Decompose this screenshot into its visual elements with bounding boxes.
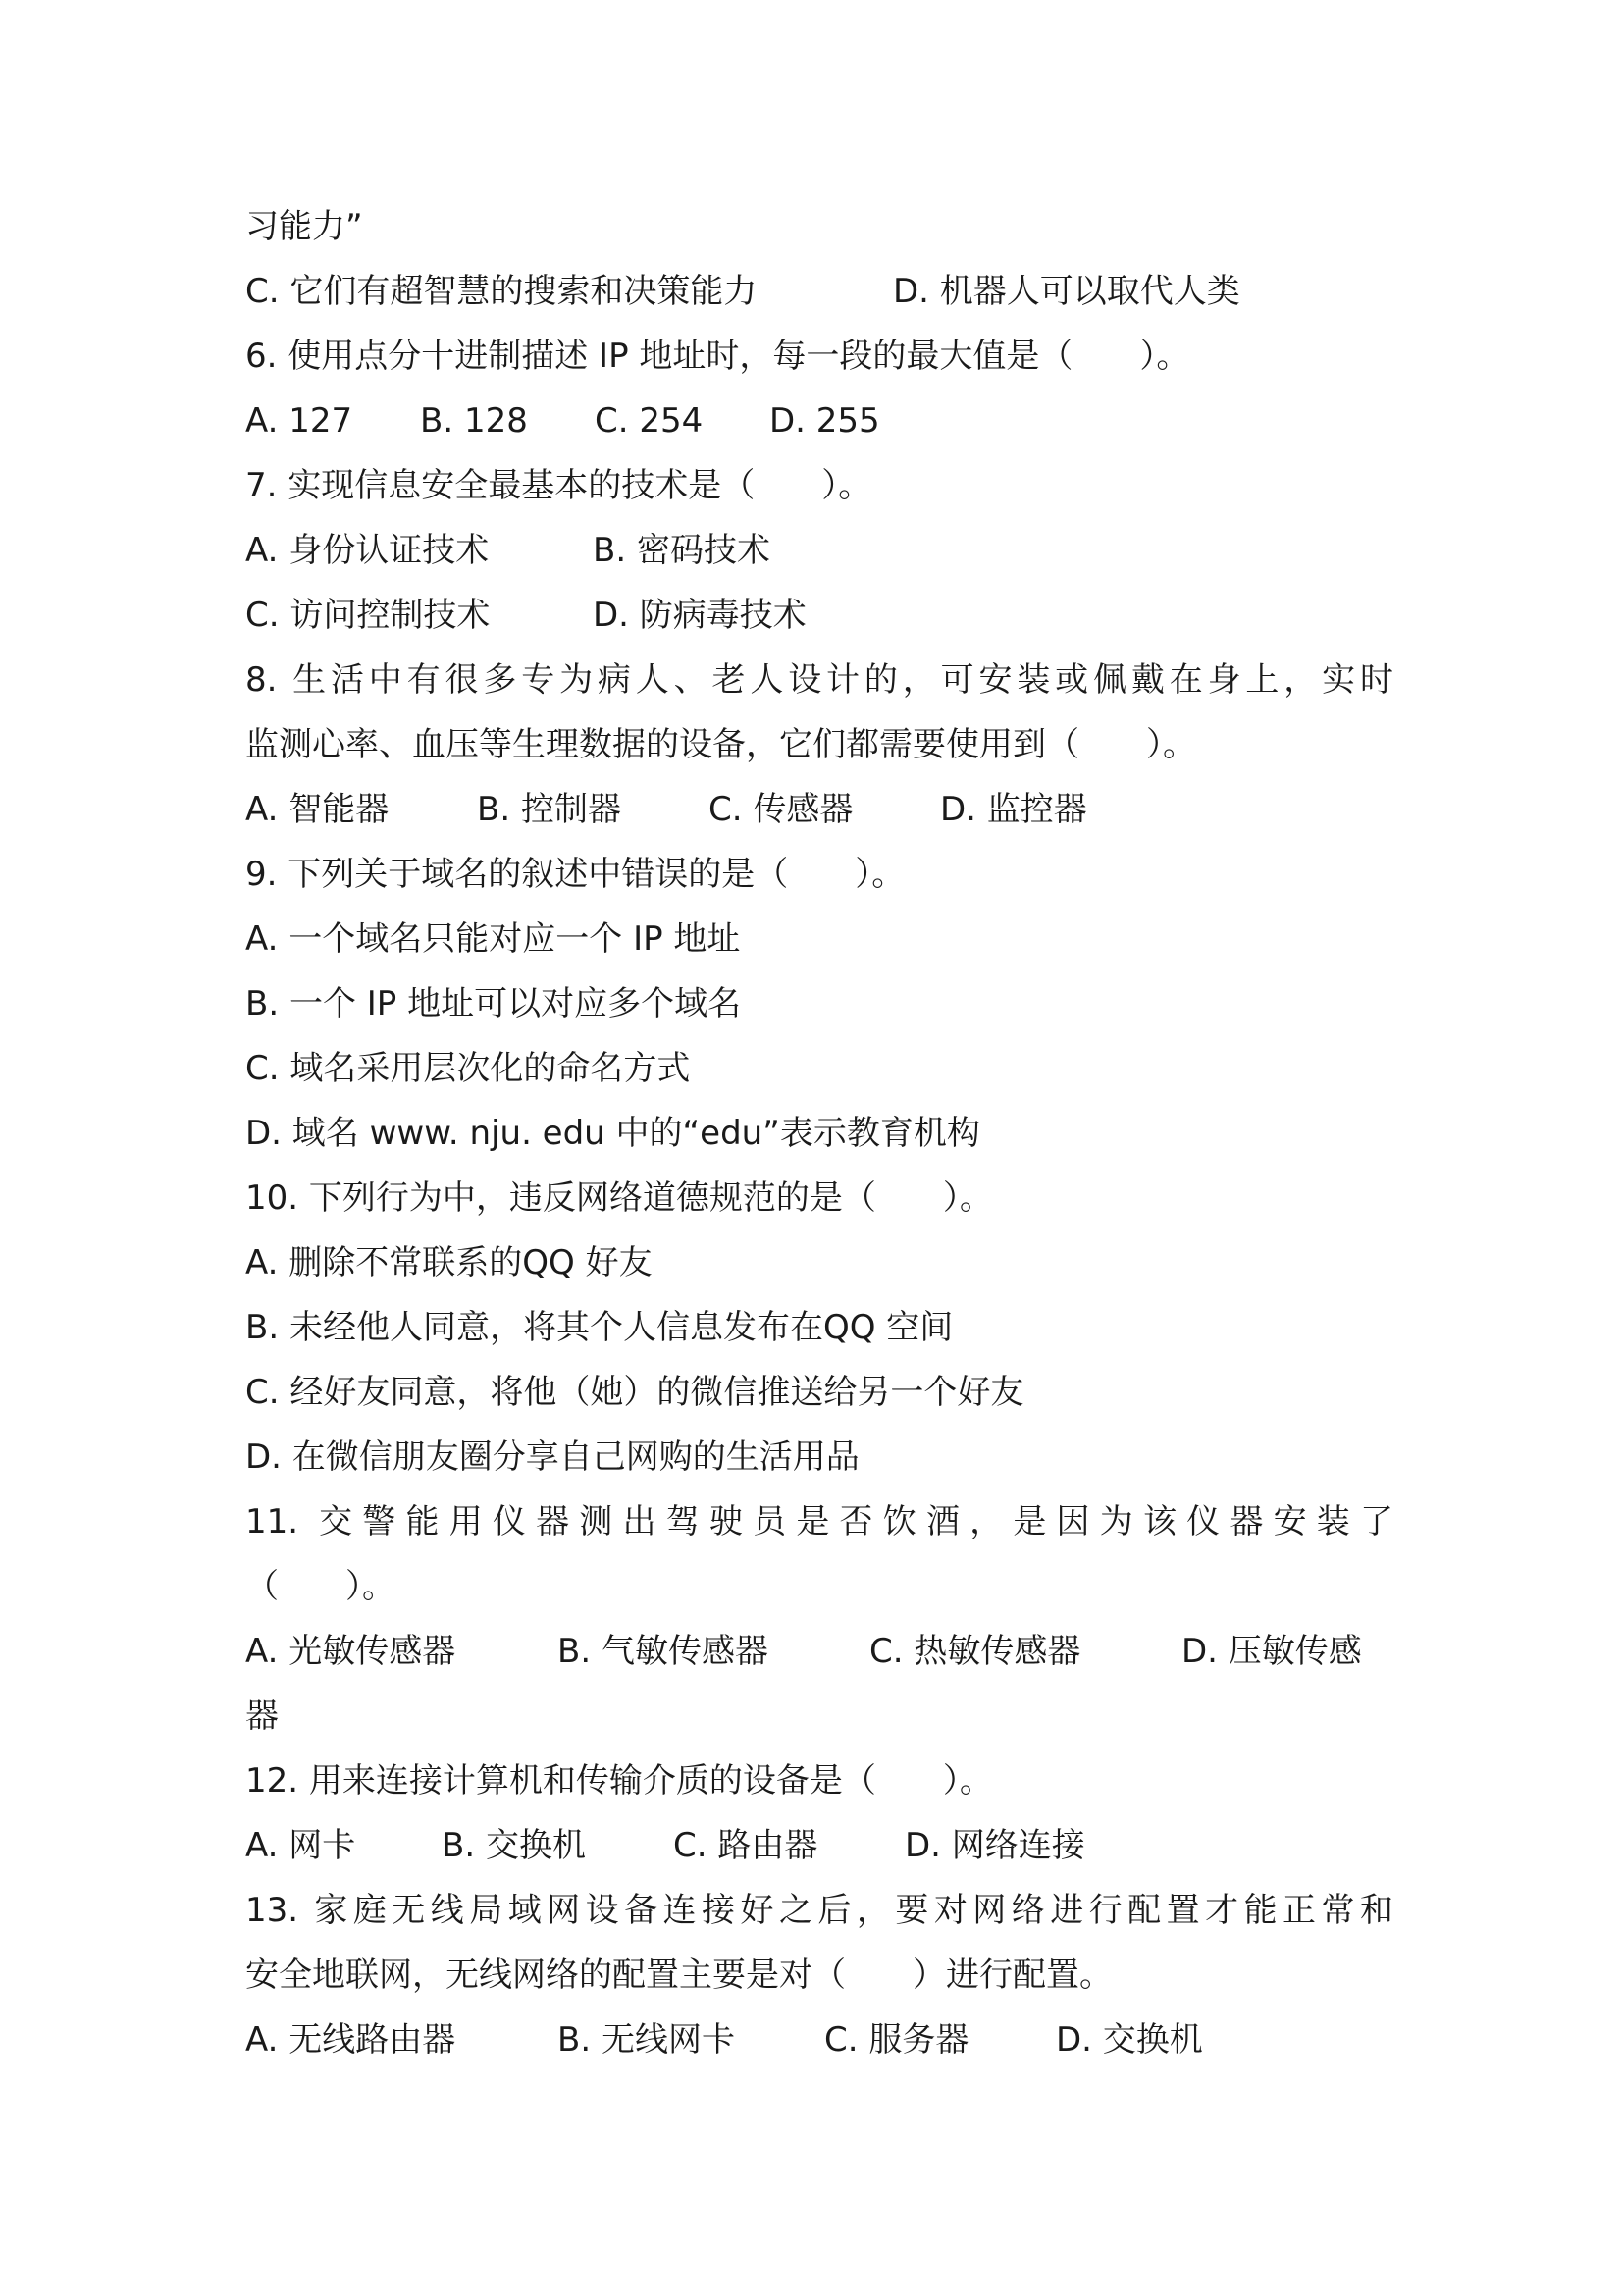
options-row: A. 无线路由器B. 无线网卡C. 服务器D. 交换机 xyxy=(245,2008,1393,2072)
question-5-options-row: C. 它们有超智慧的搜索和决策能力 D. 机器人可以取代人类 xyxy=(245,259,1393,324)
answer-option[interactable]: D. 网络连接 xyxy=(905,1813,1199,1878)
question-7: 7. 实现信息安全最基本的技术是（ ）。A. 身份认证技术B. 密码技术C. 访… xyxy=(245,453,1393,648)
answer-option[interactable]: A. 网卡 xyxy=(245,1813,442,1878)
options-row: A. 光敏传感器B. 气敏传感器C. 热敏传感器D. 压敏传感 xyxy=(245,1619,1393,1684)
options-row: A. 一个域名只能对应一个 IP 地址 xyxy=(245,907,1393,971)
answer-option[interactable]: B. 无线网卡 xyxy=(557,2008,824,2072)
options-row: D. 在微信朋友圈分享自己网购的生活用品 xyxy=(245,1425,1393,1489)
answer-option[interactable]: D. 监控器 xyxy=(940,777,1172,842)
option-d: D. 机器人可以取代人类 xyxy=(893,259,1305,324)
options-row: A. 网卡B. 交换机C. 路由器D. 网络连接 xyxy=(245,1813,1393,1878)
question-stem: 11. 交警能用仪器测出驾驶员是否饮酒，是因为该仪器安装了 xyxy=(245,1489,1393,1554)
answer-option[interactable]: D. 防病毒技术 xyxy=(593,583,887,648)
question-13: 13. 家庭无线局域网设备连接好之后，要对网络进行配置才能正常和安全地联网，无线… xyxy=(245,1878,1393,2072)
question-stem: 6. 使用点分十进制描述 IP 地址时，每一段的最大值是（ ）。 xyxy=(245,324,1393,389)
answer-option[interactable]: A. 智能器 xyxy=(245,777,477,842)
question-stem: 8. 生活中有很多专为病人、老人设计的，可安装或佩戴在身上，实时 xyxy=(245,648,1393,712)
answer-option[interactable]: D. 在微信朋友圈分享自己网购的生活用品 xyxy=(245,1425,1128,1489)
answer-option[interactable]: A. 删除不常联系的QQ 好友 xyxy=(245,1230,1030,1295)
options-row: A. 身份认证技术B. 密码技术 xyxy=(245,518,1393,583)
answer-option[interactable]: D. 压敏传感 xyxy=(1181,1619,1393,1684)
question-stem-continued: 安全地联网，无线网络的配置主要是对（ ）进行配置。 xyxy=(245,1943,1393,2008)
options-row: B. 一个 IP 地址可以对应多个域名 xyxy=(245,971,1393,1036)
question-6: 6. 使用点分十进制描述 IP 地址时，每一段的最大值是（ ）。A. 127B.… xyxy=(245,324,1393,453)
answer-option[interactable]: 器 xyxy=(245,1684,343,1748)
question-8: 8. 生活中有很多专为病人、老人设计的，可安装或佩戴在身上，实时监测心率、血压等… xyxy=(245,648,1393,842)
answer-option[interactable]: C. 访问控制技术 xyxy=(245,583,593,648)
options-row: C. 访问控制技术D. 防病毒技术 xyxy=(245,583,1393,648)
question-stem: 12. 用来连接计算机和传输介质的设备是（ ）。 xyxy=(245,1748,1393,1813)
answer-option[interactable]: B. 交换机 xyxy=(442,1813,673,1878)
exam-page: 习能力” C. 它们有超智慧的搜索和决策能力 D. 机器人可以取代人类 6. 使… xyxy=(245,194,1393,2072)
answer-option[interactable]: B. 未经他人同意，将其个人信息发布在QQ 空间 xyxy=(245,1295,1128,1360)
question-stem-continued: 监测心率、血压等生理数据的设备，它们都需要使用到（ ）。 xyxy=(245,712,1393,777)
options-row: A. 删除不常联系的QQ 好友 xyxy=(245,1230,1393,1295)
answer-option[interactable]: B. 控制器 xyxy=(477,777,708,842)
options-row: C. 域名采用层次化的命名方式 xyxy=(245,1036,1393,1101)
question-stem: 7. 实现信息安全最基本的技术是（ ）。 xyxy=(245,453,1393,518)
question-stem: 13. 家庭无线局域网设备连接好之后，要对网络进行配置才能正常和 xyxy=(245,1878,1393,1943)
question-stem-continued: （ ）。 xyxy=(245,1554,1393,1619)
question-11: 11. 交警能用仪器测出驾驶员是否饮酒，是因为该仪器安装了（ ）。A. 光敏传感… xyxy=(245,1489,1393,1748)
answer-option[interactable]: A. 一个域名只能对应一个 IP 地址 xyxy=(245,907,1030,971)
answer-option[interactable]: B. 128 xyxy=(420,389,595,453)
answer-option[interactable]: C. 服务器 xyxy=(824,2008,1056,2072)
answer-option[interactable]: C. 域名采用层次化的命名方式 xyxy=(245,1036,1030,1101)
option-c: C. 它们有超智慧的搜索和决策能力 xyxy=(245,259,893,324)
options-row: 器 xyxy=(245,1684,1393,1748)
question-list: 6. 使用点分十进制描述 IP 地址时，每一段的最大值是（ ）。A. 127B.… xyxy=(245,324,1393,2072)
answer-option[interactable]: A. 光敏传感器 xyxy=(245,1619,557,1684)
answer-option[interactable]: C. 热敏传感器 xyxy=(869,1619,1181,1684)
answer-option[interactable]: A. 127 xyxy=(245,389,420,453)
answer-option[interactable]: A. 身份认证技术 xyxy=(245,518,593,583)
question-12: 12. 用来连接计算机和传输介质的设备是（ ）。A. 网卡B. 交换机C. 路由… xyxy=(245,1748,1393,1878)
answer-option[interactable]: D. 255 xyxy=(769,389,944,453)
options-row: C. 经好友同意，将他（她）的微信推送给另一个好友 xyxy=(245,1360,1393,1425)
answer-option[interactable]: B. 一个 IP 地址可以对应多个域名 xyxy=(245,971,1030,1036)
answer-option[interactable]: D. 域名 www. nju. edu 中的“edu”表示教育机构 xyxy=(245,1101,1128,1166)
question-stem: 10. 下列行为中，违反网络道德规范的是（ ）。 xyxy=(245,1166,1393,1230)
answer-option[interactable]: C. 路由器 xyxy=(673,1813,905,1878)
answer-option[interactable]: A. 无线路由器 xyxy=(245,2008,557,2072)
answer-option[interactable]: C. 传感器 xyxy=(708,777,940,842)
answer-option[interactable]: C. 254 xyxy=(595,389,769,453)
options-row: B. 未经他人同意，将其个人信息发布在QQ 空间 xyxy=(245,1295,1393,1360)
answer-option[interactable]: B. 密码技术 xyxy=(593,518,887,583)
options-row: A. 智能器B. 控制器C. 传感器D. 监控器 xyxy=(245,777,1393,842)
question-10: 10. 下列行为中，违反网络道德规范的是（ ）。A. 删除不常联系的QQ 好友B… xyxy=(245,1166,1393,1489)
question-5-tail: 习能力” xyxy=(245,194,1393,259)
question-9: 9. 下列关于域名的叙述中错误的是（ ）。A. 一个域名只能对应一个 IP 地址… xyxy=(245,842,1393,1166)
answer-option[interactable]: D. 交换机 xyxy=(1056,2008,1287,2072)
options-row: D. 域名 www. nju. edu 中的“edu”表示教育机构 xyxy=(245,1101,1393,1166)
options-row: A. 127B. 128C. 254D. 255 xyxy=(245,389,1393,453)
answer-option[interactable]: B. 气敏传感器 xyxy=(557,1619,869,1684)
question-stem: 9. 下列关于域名的叙述中错误的是（ ）。 xyxy=(245,842,1393,907)
answer-option[interactable]: C. 经好友同意，将他（她）的微信推送给另一个好友 xyxy=(245,1360,1128,1425)
